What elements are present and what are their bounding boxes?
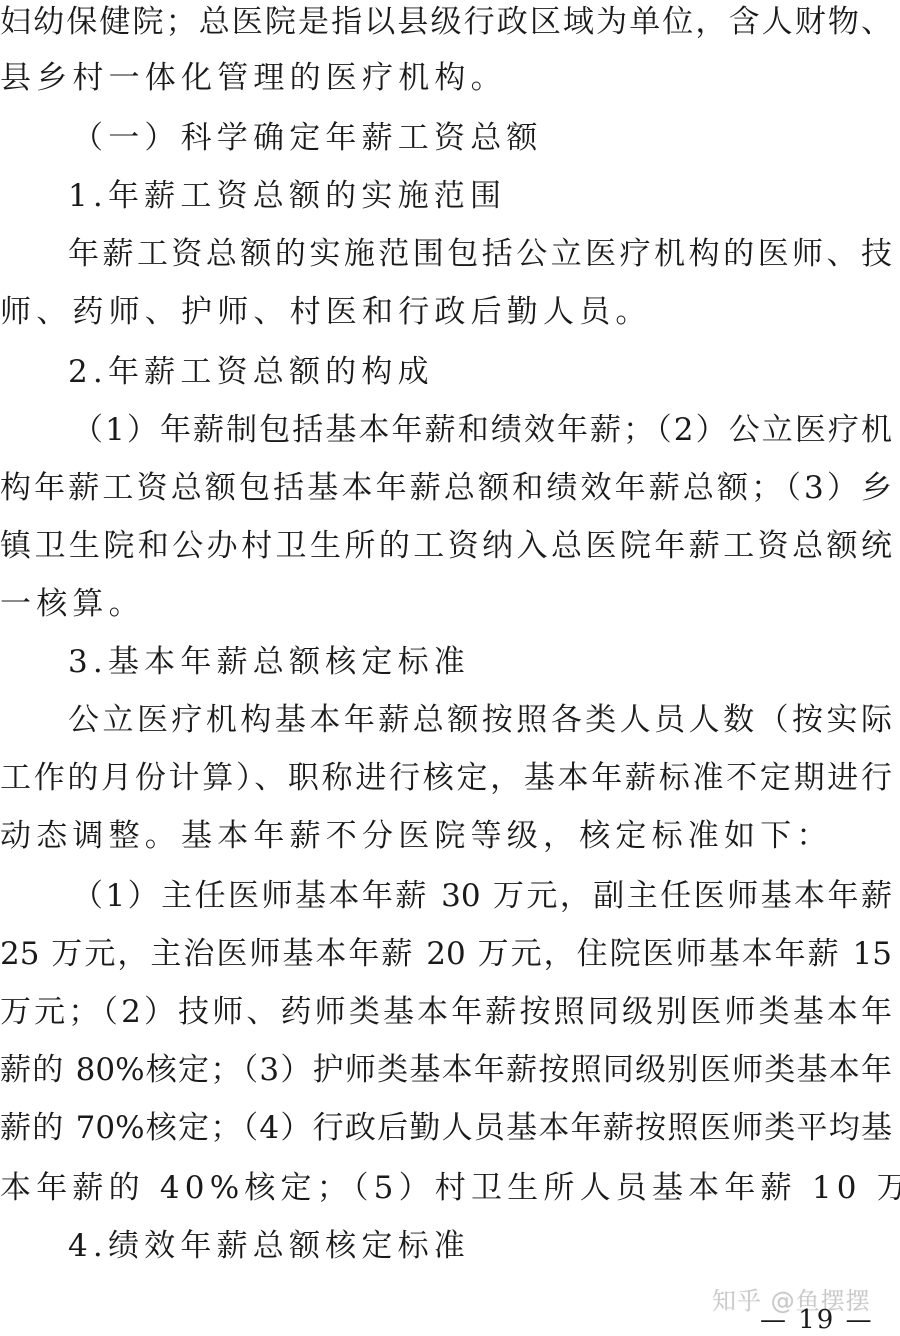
body-text-line: 年薪工资总额的实施范围包括公立医疗机构的医师、技 (0, 234, 892, 274)
body-text-line: 25 万元，主治医师基本年薪 20 万元，住院医师基本年薪 15 (0, 934, 892, 974)
body-text-line: 镇卫生院和公办村卫生所的工资纳入总医院年薪工资总额统 (0, 526, 892, 566)
body-text-line: 构年薪工资总额包括基本年薪总额和绩效年薪总额；（3）乡 (0, 468, 892, 508)
body-text-line: 薪的 80%核定；（3）护师类基本年薪按照同级别医师类基本年 (0, 1050, 892, 1090)
subsection-heading: 1.年薪工资总额的实施范围 (0, 176, 900, 216)
body-text-line: 动态调整。基本年薪不分医院等级，核定标准如下： (0, 816, 900, 856)
subsection-heading: 4.绩效年薪总额核定标准 (0, 1226, 900, 1266)
body-text-line: （1）主任医师基本年薪 30 万元，副主任医师基本年薪 (0, 876, 892, 916)
subsection-heading: 3.基本年薪总额核定标准 (0, 642, 900, 682)
body-text-line: 妇幼保健院；总医院是指以县级行政区域为单位，含人财物、 (0, 2, 892, 42)
subsection-heading: 2.年薪工资总额的构成 (0, 352, 900, 392)
body-text-line: 工作的月份计算）、职称进行核定，基本年薪标准不定期进行 (0, 758, 892, 798)
page-number: — 19 — (760, 1305, 874, 1335)
body-text-line: （1）年薪制包括基本年薪和绩效年薪；（2）公立医疗机 (0, 410, 892, 450)
body-text-line: 本年薪的 40%核定；（5）村卫生所人员基本年薪 10 万元。 (0, 1168, 900, 1208)
document-page: 妇幼保健院；总医院是指以县级行政区域为单位，含人财物、 县乡村一体化管理的医疗机… (0, 0, 900, 1336)
body-text-line: 薪的 70%核定；（4）行政后勤人员基本年薪按照医师类平均基 (0, 1108, 892, 1148)
section-heading: （一）科学确定年薪工资总额 (0, 118, 900, 158)
body-text-line: 一核算。 (0, 584, 900, 624)
body-text-line: 县乡村一体化管理的医疗机构。 (0, 58, 900, 98)
body-text-line: 公立医疗机构基本年薪总额按照各类人员人数（按实际 (0, 700, 892, 740)
body-text-line: 师、药师、护师、村医和行政后勤人员。 (0, 292, 900, 332)
body-text-line: 万元；（2）技师、药师类基本年薪按照同级别医师类基本年 (0, 992, 892, 1032)
